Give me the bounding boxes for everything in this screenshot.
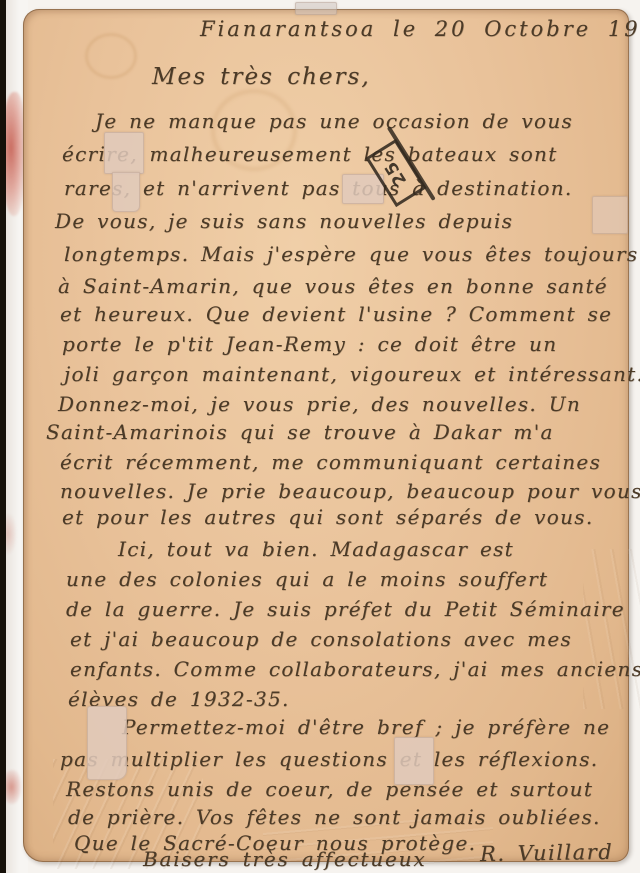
scan-background: Fianarantsoa le 20 Octobre 1941 Mes très…: [0, 0, 640, 873]
letter-line: écrit récemment, me communiquant certain…: [60, 451, 601, 473]
letter-line: joli garçon maintenant, vigoureux et int…: [64, 363, 640, 385]
letter-line: Restons unis de coeur, de pensée et surt…: [66, 778, 593, 800]
tape-patch: [112, 172, 140, 212]
letter-line: rares, et n'arrivent pas tous à destinat…: [64, 177, 573, 199]
letter-line: et pour les autres qui sont séparés de v…: [62, 506, 594, 528]
letter-line: de la guerre. Je suis préfet du Petit Sé…: [66, 598, 625, 620]
tape-patch: [592, 196, 628, 234]
closing-line: Baisers très affectueux: [143, 848, 426, 870]
letter-line: Permettez-moi d'être bref ; je préfère n…: [122, 716, 610, 738]
letter-line: nouvelles. Je prie beaucoup, beaucoup po…: [60, 480, 640, 502]
tape-patch: [87, 706, 127, 780]
letter-line: Saint-Amarinois qui se trouve à Dakar m'…: [46, 421, 554, 443]
letter-line: Donnez-moi, je vous prie, des nouvelles.…: [58, 393, 581, 415]
tape-patch: [295, 2, 337, 15]
stamp-number: 25: [381, 157, 412, 189]
letter-line: Je ne manque pas une occasion de vous: [95, 110, 573, 132]
letter-line: et j'ai beaucoup de consolations avec me…: [70, 628, 572, 650]
letter-line: de prière. Vos fêtes ne sont jamais oubl…: [68, 806, 601, 828]
letter-line: pas multiplier les questions et les réfl…: [60, 748, 598, 770]
dateline: Fianarantsoa le 20 Octobre 1941: [200, 18, 640, 40]
black-scan-edge: [0, 0, 6, 873]
paper-crease: [583, 549, 640, 709]
letter-line: à Saint-Amarin, que vous êtes en bonne s…: [58, 275, 608, 297]
letter-line: Ici, tout va bien. Madagascar est: [118, 538, 514, 560]
letter-line: De vous, je suis sans nouvelles depuis: [55, 210, 513, 232]
letter-line: et heureux. Que devient l'usine ? Commen…: [60, 303, 612, 325]
signature: R. Vuillard: [480, 841, 614, 865]
ring-stain: [85, 33, 137, 79]
tape-patch: [394, 737, 434, 785]
letter-line: porte le p'tit Jean-Remy : ce doit être …: [62, 333, 557, 355]
tape-patch: [104, 132, 144, 174]
letter-line: enfants. Comme collaborateurs, j'ai mes …: [70, 658, 640, 680]
letter-line: longtemps. Mais j'espère que vous êtes t…: [64, 243, 638, 265]
salutation: Mes très chers,: [152, 66, 371, 88]
letter-line: une des colonies qui a le moins souffert: [66, 568, 548, 590]
